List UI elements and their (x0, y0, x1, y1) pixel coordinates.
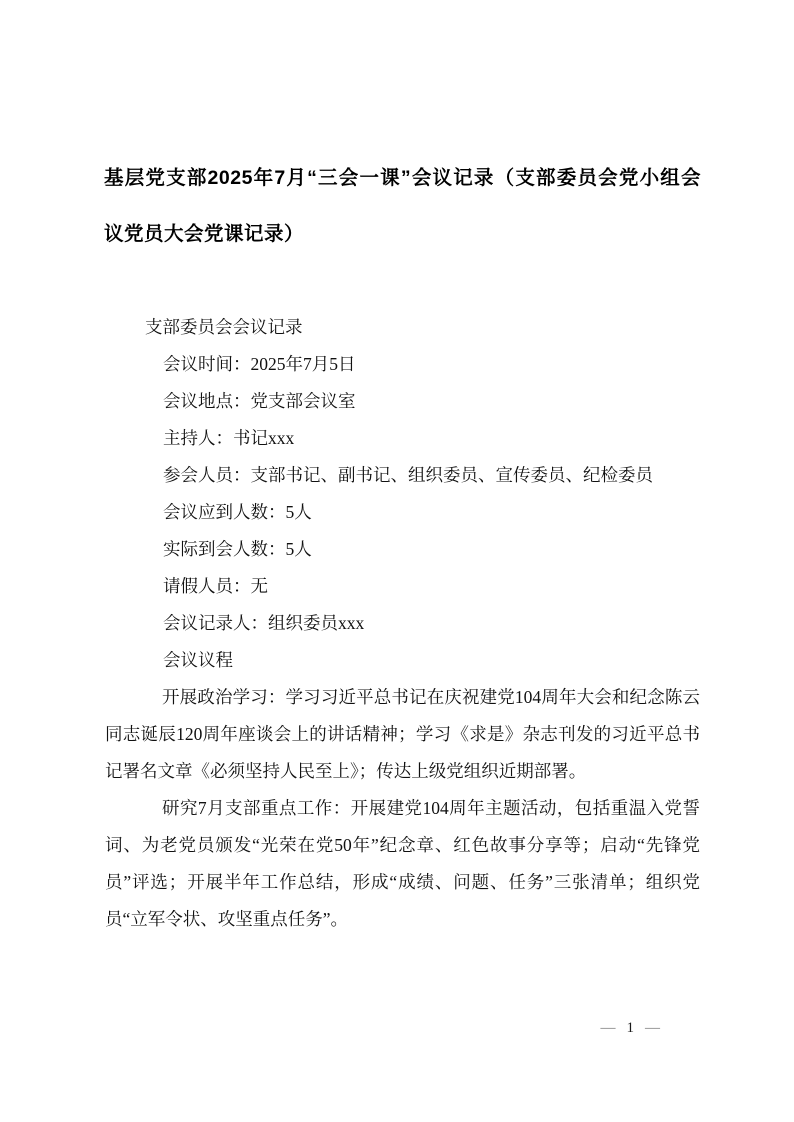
section-heading: 支部委员会会议记录 (105, 309, 700, 346)
footer-page-number: 1 (627, 1020, 635, 1036)
document-page: 基层党支部2025年7月“三会一课”会议记录（支部委员会党小组会议党员大会党课记… (0, 0, 794, 1122)
meta-line-attendees: 参会人员：支部书记、副书记、组织委员、宣传委员、纪检委员 (105, 457, 700, 494)
meta-line-meeting-time: 会议时间：2025年7月5日 (105, 346, 700, 383)
meta-line-recorder: 会议记录人：组织委员xxx (105, 605, 700, 642)
footer-dash-left: — (601, 1020, 616, 1036)
paragraph-political-study: 开展政治学习：学习习近平总书记在庆祝建党104周年大会和纪念陈云同志诞辰120周… (105, 679, 700, 790)
meta-line-leave-personnel: 请假人员：无 (105, 568, 700, 605)
footer-dash-right: — (645, 1020, 660, 1036)
meta-line-expected-count: 会议应到人数：5人 (105, 494, 700, 531)
page-footer: —1— (601, 1018, 661, 1038)
meta-line-meeting-place: 会议地点：党支部会议室 (105, 383, 700, 420)
meta-line-agenda: 会议议程 (105, 642, 700, 679)
document-body: 支部委员会会议记录 会议时间：2025年7月5日 会议地点：党支部会议室 主持人… (105, 309, 700, 938)
paragraph-key-work: 研究7月支部重点工作：开展建党104周年主题活动，包括重温入党誓词、为老党员颁发… (105, 790, 700, 938)
meta-line-host: 主持人：书记xxx (105, 420, 700, 457)
meta-line-actual-count: 实际到会人数：5人 (105, 531, 700, 568)
document-title: 基层党支部2025年7月“三会一课”会议记录（支部委员会党小组会议党员大会党课记… (104, 150, 701, 262)
